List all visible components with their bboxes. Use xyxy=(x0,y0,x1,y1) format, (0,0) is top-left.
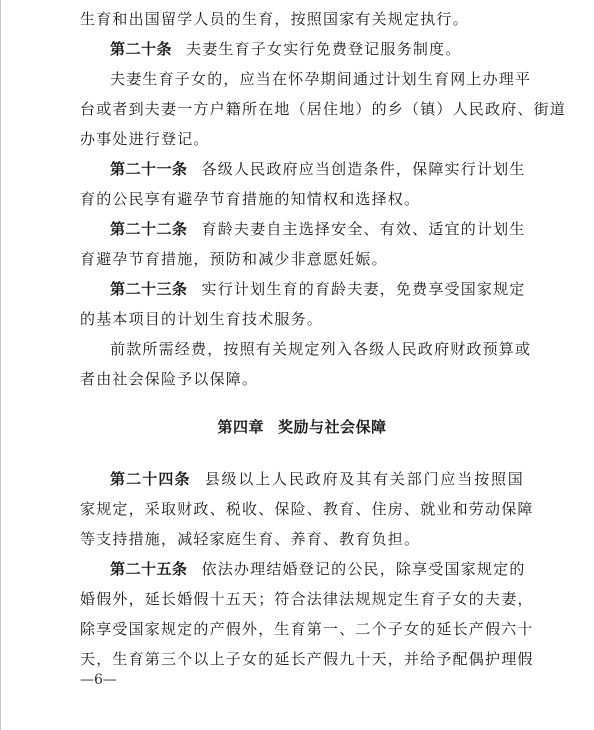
text-line: 办事处进行登记。 xyxy=(80,124,524,154)
text-line: 育的公民享有避孕节育措施的知情权和选择权。 xyxy=(80,184,524,214)
article-22: 第二十二条育龄夫妻自主选择安全、有效、适宜的计划生 xyxy=(80,214,524,244)
article-21: 第二十一条各级人民政府应当创造条件，保障实行计划生 xyxy=(80,154,524,184)
article-text: 各级人民政府应当创造条件，保障实行计划生 xyxy=(202,160,526,178)
page-edge xyxy=(0,0,1,730)
article-label: 第二十三条 xyxy=(110,280,188,298)
text-line: 等支持措施，减轻家庭生育、养育、教育负担。 xyxy=(80,524,524,554)
article-24: 第二十四条县级以上人民政府及其有关部门应当按照国 xyxy=(80,464,524,494)
article-label: 第二十条 xyxy=(110,40,172,58)
chapter-title: 奖励与社会保障 xyxy=(278,418,387,436)
text-line: 家规定，采取财政、税收、保险、教育、住房、就业和劳动保障 xyxy=(80,494,524,524)
text-line: 除享受国家规定的产假外，生育第一、二个子女的延长产假六十 xyxy=(80,614,524,644)
text-line: 者由社会保险予以保障。 xyxy=(80,364,524,394)
text-line: 育避孕节育措施，预防和减少非意愿妊娠。 xyxy=(80,244,524,274)
page-number: —6— xyxy=(80,672,117,688)
chapter-number: 第四章 xyxy=(217,418,264,436)
article-label: 第二十一条 xyxy=(110,160,188,178)
text-line: 前款所需经费，按照有关规定列入各级人民政府财政预算或 xyxy=(80,334,524,364)
article-20: 第二十条夫妻生育子女实行免费登记服务制度。 xyxy=(80,34,524,64)
article-text: 育龄夫妻自主选择安全、有效、适宜的计划生 xyxy=(202,220,526,238)
article-label: 第二十二条 xyxy=(110,220,188,238)
article-text: 实行计划生育的育龄夫妻，免费享受国家规定 xyxy=(202,280,526,298)
article-label: 第二十五条 xyxy=(110,560,188,578)
text-line: 的基本项目的计划生育技术服务。 xyxy=(80,304,524,334)
article-label: 第二十四条 xyxy=(110,470,191,488)
article-23: 第二十三条实行计划生育的育龄夫妻，免费享受国家规定 xyxy=(80,274,524,304)
text-line: 婚假外，延长婚假十五天；符合法律法规规定生育子女的夫妻， xyxy=(80,584,524,614)
chapter-heading: 第四章奖励与社会保障 xyxy=(80,412,524,442)
article-text: 夫妻生育子女实行免费登记服务制度。 xyxy=(186,40,461,58)
article-text: 县级以上人民政府及其有关部门应当按照国 xyxy=(205,470,524,488)
text-line: 天，生育第三个以上子女的延长产假九十天，并给予配偶护理假 xyxy=(80,644,524,674)
document-body: 生育和出国留学人员的生育，按照国家有关规定执行。 第二十条夫妻生育子女实行免费登… xyxy=(80,4,524,674)
article-25: 第二十五条依法办理结婚登记的公民，除享受国家规定的 xyxy=(80,554,524,584)
article-text: 依法办理结婚登记的公民，除享受国家规定的 xyxy=(202,560,526,578)
text-line: 台或者到夫妻一方户籍所在地（居住地）的乡（镇）人民政府、街道 xyxy=(80,94,524,124)
text-line: 生育和出国留学人员的生育，按照国家有关规定执行。 xyxy=(80,4,524,34)
text-line: 夫妻生育子女的，应当在怀孕期间通过计划生育网上办理平 xyxy=(80,64,524,94)
